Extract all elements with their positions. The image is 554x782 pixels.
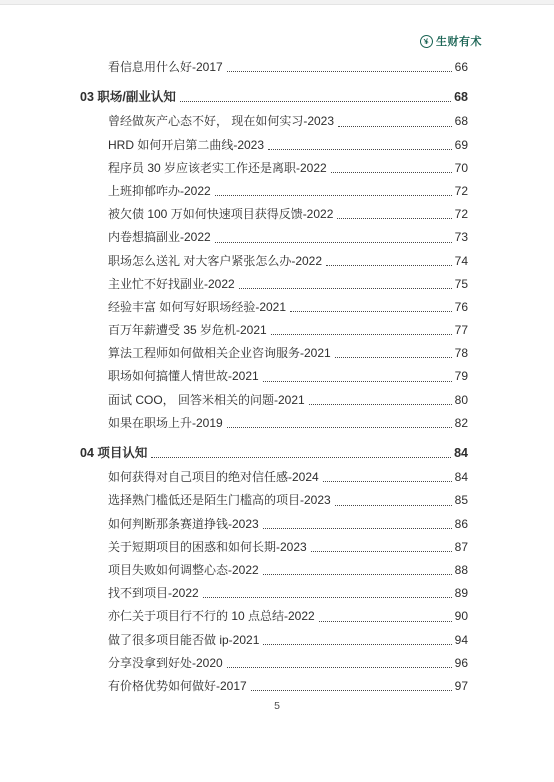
toc-entry[interactable]: 职场怎么送礼 对大客户紧张怎么办-2022 74 [80,250,468,273]
toc-entry[interactable]: HRD 如何开启第二曲线-2023 69 [80,134,468,157]
toc-entry[interactable]: 有价格优势如何做好-2017 97 [80,675,468,698]
toc-entry-title: 百万年薪遭受 35 岁危机-2021 [80,319,267,342]
toc-entry-title: HRD 如何开启第二曲线-2023 [80,134,264,157]
toc-entry[interactable]: 职场如何搞懂人情世故-2021 79 [80,365,468,388]
toc-entry-title: 算法工程师如何做相关企业咨询服务-2021 [80,342,331,365]
toc-entry-page-number: 73 [455,226,468,249]
toc-entry-title: 内卷想搞副业-2022 [80,226,211,249]
dot-leader [151,457,451,458]
toc-entry[interactable]: 主业忙不好找副业-2022 75 [80,273,468,296]
dot-leader [227,667,452,668]
toc-entry[interactable]: 上班抑郁咋办-2022 72 [80,180,468,203]
toc-entry[interactable]: 选择熟门槛低还是陌生门槛高的项目-2023 85 [80,489,468,512]
toc-entry-page-number: 66 [455,56,468,79]
toc-entry[interactable]: 看信息用什么好-2017 66 [80,56,468,79]
dot-leader [338,126,452,127]
toc-entry-title: 如何获得对自己项目的绝对信任感-2024 [80,466,319,489]
toc-entry[interactable]: 被欠债 100 万如何快速项目获得反馈-2022 72 [80,203,468,226]
toc-entry-title: 04 项目认知 [80,442,147,465]
dot-leader [309,404,452,405]
dot-leader [227,427,452,428]
toc-entry[interactable]: 如何获得对自己项目的绝对信任感-2024 84 [80,466,468,489]
dot-leader [263,644,451,645]
toc-entry-page-number: 96 [455,652,468,675]
dot-leader [215,242,452,243]
dot-leader [203,597,452,598]
toc-entry-title: 程序员 30 岁应该老实工作还是离职-2022 [80,157,327,180]
dot-leader [335,505,452,506]
toc-entry-page-number: 68 [454,86,468,109]
toc-entry[interactable]: 如果在职场上升-2019 82 [80,412,468,435]
toc-entry-page-number: 80 [455,389,468,412]
toc-entry-title: 做了很多项目能否做 ip-2021 [80,629,259,652]
toc-entry[interactable]: 经验丰富 如何写好职场经验-2021 76 [80,296,468,319]
toc-entry[interactable]: 面试 COO， 回答米相关的问题-2021 80 [80,389,468,412]
toc-entry-page-number: 97 [455,675,468,698]
brand-logo: ¥ 生财有术 [420,33,482,49]
toc-entry-page-number: 76 [455,296,468,319]
toc-entry-title: 职场怎么送礼 对大客户紧张怎么办-2022 [80,250,322,273]
toc-entry-title: 选择熟门槛低还是陌生门槛高的项目-2023 [80,489,331,512]
toc-entry-page-number: 84 [455,466,468,489]
toc-entry-title: 有价格优势如何做好-2017 [80,675,247,698]
toc-entry-page-number: 90 [455,605,468,628]
dot-leader [311,551,452,552]
toc-entry-title: 主业忙不好找副业-2022 [80,273,235,296]
dot-leader [268,149,452,150]
toc-entry[interactable]: 如何判断那条赛道挣钱-2023 86 [80,513,468,536]
toc-entry[interactable]: 04 项目认知 84 [80,442,468,465]
toc-entry-title: 上班抑郁咋办-2022 [80,180,211,203]
toc-entry-page-number: 87 [455,536,468,559]
page-top-edge [0,0,554,5]
toc-entry-page-number: 78 [455,342,468,365]
toc-entry-page-number: 84 [454,442,468,465]
dot-leader [326,265,452,266]
toc-entry-title: 关于短期项目的困惑和如何长期-2023 [80,536,307,559]
dot-leader [319,621,452,622]
toc-entry-page-number: 89 [455,582,468,605]
toc-entry-page-number: 75 [455,273,468,296]
toc-entry-title: 03 职场/副业认知 [80,86,176,109]
toc-entry-title: 亦仁关于项目行不行的 10 点总结-2022 [80,605,315,628]
dot-leader [335,357,452,358]
toc-entry-page-number: 70 [455,157,468,180]
toc-entry-title: 职场如何搞懂人情世故-2021 [80,365,259,388]
toc-entry-page-number: 69 [455,134,468,157]
toc-entry-page-number: 72 [455,180,468,203]
dot-leader [263,574,452,575]
dot-leader [180,101,451,102]
toc-entry[interactable]: 内卷想搞副业-2022 73 [80,226,468,249]
dot-leader [323,481,452,482]
dot-leader [263,381,452,382]
toc-entry[interactable]: 算法工程师如何做相关企业咨询服务-2021 78 [80,342,468,365]
toc-entry[interactable]: 关于短期项目的困惑和如何长期-2023 87 [80,536,468,559]
toc-entry-page-number: 72 [455,203,468,226]
dot-leader [337,218,451,219]
toc-entry[interactable]: 项目失败如何调整心态-2022 88 [80,559,468,582]
toc-entry-title: 找不到项目-2022 [80,582,199,605]
footer-page-number: 5 [0,700,554,712]
dot-leader [290,311,452,312]
toc-entry[interactable]: 做了很多项目能否做 ip-2021 94 [80,629,468,652]
toc-entry[interactable]: 曾经做灰产心态不好， 现在如何实习-2023 68 [80,110,468,133]
table-of-contents: 看信息用什么好-2017 66 03 职场/副业认知 68 曾经做灰产心态不好，… [80,56,468,698]
toc-entry[interactable]: 程序员 30 岁应该老实工作还是离职-2022 70 [80,157,468,180]
toc-entry-title: 被欠债 100 万如何快速项目获得反馈-2022 [80,203,333,226]
toc-entry[interactable]: 找不到项目-2022 89 [80,582,468,605]
toc-entry-page-number: 88 [455,559,468,582]
yuan-coin-icon: ¥ [419,33,434,48]
dot-leader [227,71,452,72]
toc-entry-title: 如果在职场上升-2019 [80,412,223,435]
toc-entry-page-number: 86 [455,513,468,536]
toc-entry[interactable]: 亦仁关于项目行不行的 10 点总结-2022 90 [80,605,468,628]
toc-entry[interactable]: 分享没拿到好处-2020 96 [80,652,468,675]
dot-leader [271,334,452,335]
toc-entry-page-number: 85 [455,489,468,512]
toc-entry-title: 分享没拿到好处-2020 [80,652,223,675]
toc-entry[interactable]: 03 职场/副业认知 68 [80,86,468,109]
toc-entry-page-number: 74 [455,250,468,273]
toc-entry-title: 面试 COO， 回答米相关的问题-2021 [80,389,305,412]
brand-logo-text: 生财有术 [436,33,482,49]
toc-entry-title: 看信息用什么好-2017 [80,56,223,79]
dot-leader [239,288,452,289]
toc-entry[interactable]: 百万年薪遭受 35 岁危机-2021 77 [80,319,468,342]
dot-leader [263,528,452,529]
dot-leader [215,195,452,196]
dot-leader [331,172,452,173]
toc-entry-title: 曾经做灰产心态不好， 现在如何实习-2023 [80,110,334,133]
dot-leader [251,690,452,691]
toc-entry-title: 经验丰富 如何写好职场经验-2021 [80,296,286,319]
toc-entry-title: 如何判断那条赛道挣钱-2023 [80,513,259,536]
toc-entry-page-number: 94 [455,629,468,652]
toc-entry-title: 项目失败如何调整心态-2022 [80,559,259,582]
toc-entry-page-number: 82 [455,412,468,435]
toc-entry-page-number: 79 [455,365,468,388]
toc-entry-page-number: 68 [455,110,468,133]
toc-entry-page-number: 77 [455,319,468,342]
